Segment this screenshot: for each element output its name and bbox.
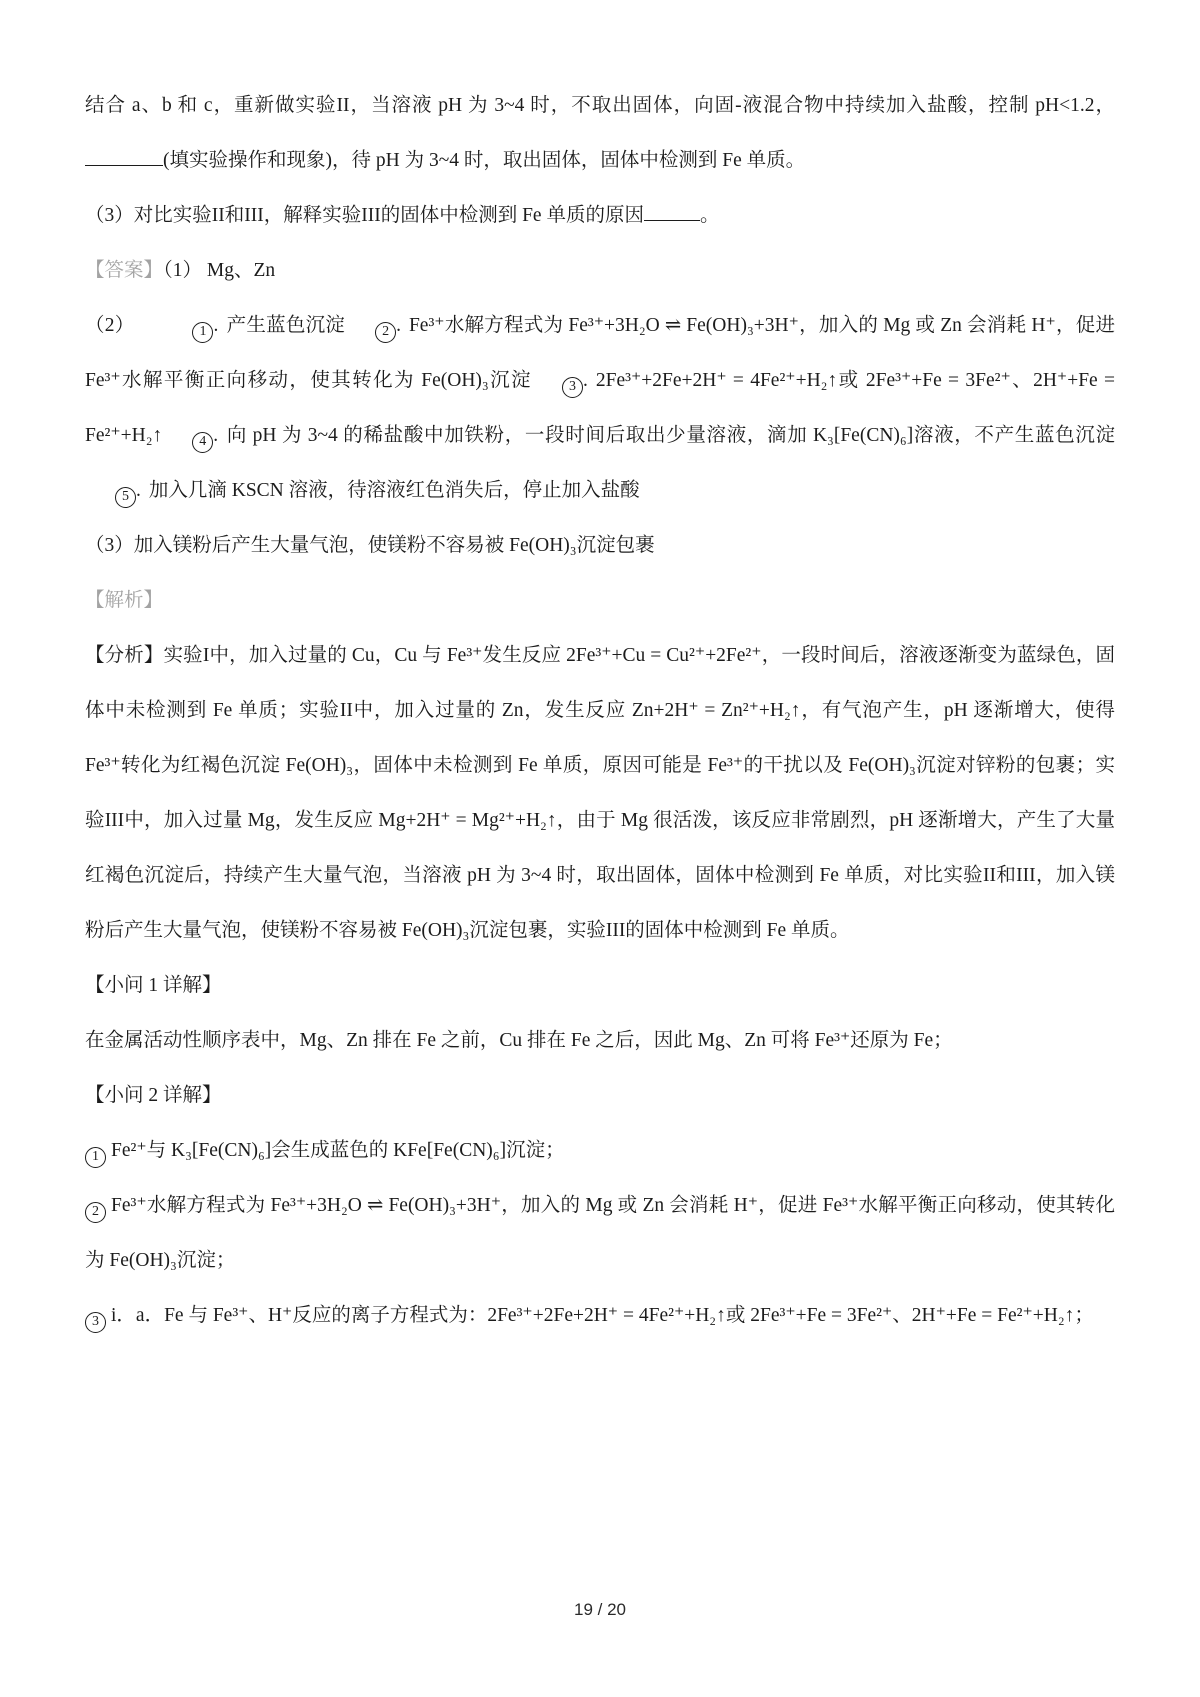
answer-part2-number: （2）	[85, 315, 134, 336]
circled-number: 3	[562, 377, 583, 398]
circled-number: 4	[192, 432, 213, 453]
detail1-text-paragraph: 在金属活动性顺序表中，Mg、Zn 排在 Fe 之前，Cu 排在 Fe 之后，因此…	[85, 1013, 1115, 1068]
detail2-label-paragraph: 【小问 2 详解】	[85, 1068, 1115, 1123]
answer-part2-paragraph: （2）1.产生蓝色沉淀2.Fe³⁺水解方程式为 Fe³⁺+3H₂O ⇌ Fe(O…	[85, 298, 1115, 518]
analysis-paragraph: 【分析】实验I中，加入过量的 Cu，Cu 与 Fe³⁺发生反应 2Fe³⁺+Cu…	[85, 628, 1115, 958]
document-page: 结合 a、b 和 c，重新做实验II，当溶液 pH 为 3~4 时，不取出固体，…	[0, 0, 1200, 1697]
fill-in-blank-underline	[644, 201, 700, 222]
question-3-paragraph: （3）对比实验II和III，解释实验III的固体中检测到 Fe 单质的原因。	[85, 188, 1115, 243]
detail1-label-paragraph: 【小问 1 详解】	[85, 958, 1115, 1013]
question-3-period: 。	[700, 205, 720, 226]
circled-number: 3	[85, 1312, 106, 1333]
answer-part3-paragraph: （3）加入镁粉后产生大量气泡，使镁粉不容易被 Fe(OH)₃沉淀包裹	[85, 518, 1115, 573]
detail1-text: 在金属活动性顺序表中，Mg、Zn 排在 Fe 之前，Cu 排在 Fe 之后，因此…	[85, 1030, 953, 1051]
detail2-item-paragraph: 1Fe²⁺与 K₃[Fe(CN)₆]会生成蓝色的 KFe[Fe(CN)₆]沉淀；	[85, 1123, 1115, 1178]
item-separator: .	[583, 370, 588, 391]
question-text-after-blank: (填实验操作和现象)，待 pH 为 3~4 时，取出固体，固体中检测到 Fe 单…	[163, 150, 805, 171]
fill-in-blank-underline	[85, 146, 163, 167]
detail1-label: 【小问 1 详解】	[85, 975, 222, 996]
detail2-label: 【小问 2 详解】	[85, 1085, 222, 1106]
page-footer: 19 / 20	[0, 1600, 1200, 1620]
answer-part1-text: （1） Mg、Zn	[163, 260, 275, 281]
answer-item: 4.向 pH 为 3~4 的稀盐酸中加铁粉，一段时间后取出少量溶液，滴加 K₃[…	[162, 425, 1115, 446]
detail2-item-paragraph: 3i．a．Fe 与 Fe³⁺、H⁺反应的离子方程式为：2Fe³⁺+2Fe+2H⁺…	[85, 1288, 1115, 1343]
analysis-section-label: 【解析】	[85, 590, 163, 611]
question-continuation-paragraph: 结合 a、b 和 c，重新做实验II，当溶液 pH 为 3~4 时，不取出固体，…	[85, 78, 1115, 188]
answer-item-text: 加入几滴 KSCN 溶液，待溶液红色消失后，停止加入盐酸	[149, 480, 640, 501]
answer-item-text: 产生蓝色沉淀	[226, 315, 345, 336]
answer-item: 1.产生蓝色沉淀	[192, 315, 345, 336]
circled-number: 5	[115, 487, 136, 508]
question-text-before-blank: 结合 a、b 和 c，重新做实验II，当溶液 pH 为 3~4 时，不取出固体，…	[85, 95, 1115, 116]
detail2-item-paragraph: 2Fe³⁺水解方程式为 Fe³⁺+3H₂O ⇌ Fe(OH)₃+3H⁺，加入的 …	[85, 1178, 1115, 1288]
item-separator: .	[396, 315, 401, 336]
question-3-text: （3）对比实验II和III，解释实验III的固体中检测到 Fe 单质的原因	[85, 205, 644, 226]
page-number: 19 / 20	[574, 1600, 626, 1619]
circled-number: 2	[375, 322, 396, 343]
analysis-section-paragraph: 【解析】	[85, 573, 1115, 628]
circled-number: 1	[192, 322, 213, 343]
analysis-label: 【分析】	[85, 645, 164, 666]
answer-item-text: 向 pH 为 3~4 的稀盐酸中加铁粉，一段时间后取出少量溶液，滴加 K₃[Fe…	[226, 425, 1115, 446]
answer-item: 5.加入几滴 KSCN 溶液，待溶液红色消失后，停止加入盐酸	[85, 480, 640, 501]
item-separator: .	[136, 480, 141, 501]
item-separator: .	[213, 315, 218, 336]
item-separator: .	[213, 425, 218, 446]
detail2-item-text: Fe²⁺与 K₃[Fe(CN)₆]会生成蓝色的 KFe[Fe(CN)₆]沉淀；	[111, 1140, 565, 1161]
circled-number: 1	[85, 1147, 106, 1168]
answer-part1-paragraph: 【答案】（1） Mg、Zn	[85, 243, 1115, 298]
detail2-item-text: i．a．Fe 与 Fe³⁺、H⁺反应的离子方程式为：2Fe³⁺+2Fe+2H⁺ …	[111, 1305, 1094, 1326]
answer-part3-text: （3）加入镁粉后产生大量气泡，使镁粉不容易被 Fe(OH)₃沉淀包裹	[85, 535, 655, 556]
circled-number: 2	[85, 1202, 106, 1223]
detail2-item-text: Fe³⁺水解方程式为 Fe³⁺+3H₂O ⇌ Fe(OH)₃+3H⁺，加入的 M…	[85, 1195, 1115, 1271]
analysis-text: 实验I中，加入过量的 Cu，Cu 与 Fe³⁺发生反应 2Fe³⁺+Cu = C…	[85, 645, 1115, 941]
answer-section-label: 【答案】	[85, 260, 163, 281]
